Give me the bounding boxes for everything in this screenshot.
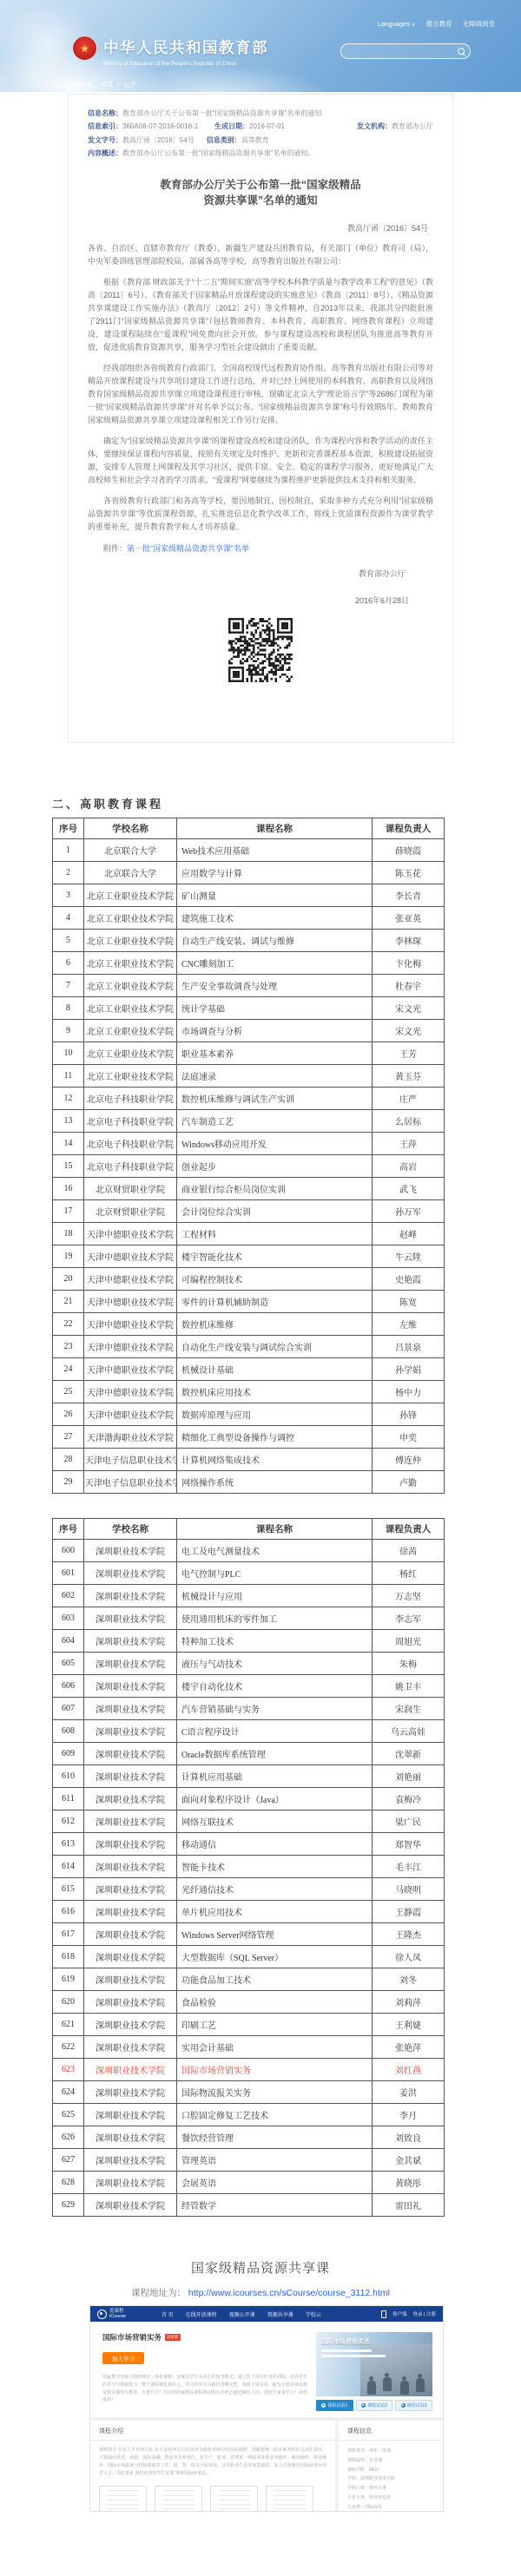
cell-person: 徐人凤 xyxy=(373,1946,445,1968)
course-info-item: 课程类型：理实一体课 xyxy=(347,2447,434,2456)
table-row: 12北京电子科技职业学院数控机床维修与调试生产实训庄严 xyxy=(53,1088,445,1110)
cell-school: 深圳职业技术学院 xyxy=(84,2104,177,2126)
cell-school: 天津渤海职业技术学院 xyxy=(84,1426,177,1449)
document-thumbnail[interactable]: 教学日历 xyxy=(155,2486,202,2512)
search-icon[interactable] xyxy=(458,48,465,55)
cell-school: 北京联合大学 xyxy=(84,839,177,862)
course-preview-button[interactable]: ▶课程试看2 xyxy=(356,2400,393,2411)
cell-course: 液压与气动技术 xyxy=(177,1653,373,1675)
client-link[interactable]: 客户端 xyxy=(392,2310,407,2317)
cell-no: 14 xyxy=(53,1133,84,1155)
cell-person: 孙万军 xyxy=(373,1200,445,1223)
cell-no: 2 xyxy=(53,862,84,884)
document-card: 信息名称： 教育部办公厅关于公布第一批“国家级精品资源共享课”名单的通知 信息索… xyxy=(68,94,453,743)
table-row: 5北京工业职业技术学院自动生产线安装、调试与维修李林琛 xyxy=(53,930,445,952)
cell-course: 食品检验 xyxy=(177,1991,373,2014)
cell-school: 深圳职业技术学院 xyxy=(84,1833,177,1856)
meta-agency-value: 教育部办公厅 xyxy=(392,122,433,132)
cell-course: 可编程控制技术 xyxy=(177,1268,373,1291)
cell-course: 口腔固定修复工艺技术 xyxy=(177,2104,373,2126)
cell-course: 市场调查与分析 xyxy=(177,1020,373,1042)
course-info-item: 课程学时：64.0 xyxy=(347,2466,434,2475)
cell-person: 沈翠新 xyxy=(373,1743,445,1765)
search-input[interactable] xyxy=(340,43,471,59)
cell-course: 面向对象程序设计（Java） xyxy=(177,1788,373,1810)
cell-no: 605 xyxy=(53,1653,84,1675)
cell-course: 印刷工艺 xyxy=(177,2014,373,2036)
login-register-link[interactable]: 登录 | 注册 xyxy=(413,2310,437,2317)
cell-school: 北京工业职业技术学院 xyxy=(84,1065,177,1088)
cell-person: 陈玉花 xyxy=(373,862,445,884)
cell-no: 623 xyxy=(53,2059,84,2081)
cell-person: 李志军 xyxy=(373,1607,445,1630)
breadcrumb-separator: ＞ xyxy=(115,81,122,89)
table-row: 24天津中德职业技术学院机械设计基础孙学娟 xyxy=(53,1358,445,1381)
cell-person: 马晓明 xyxy=(373,1878,445,1901)
cell-person: 王芳 xyxy=(373,1042,445,1065)
document-paragraph: 各省级教育行政部门和各高等学校，要因地制宜、因校制宜，采取多种方式充分利用“国家… xyxy=(88,495,433,534)
cell-course: 工程材料 xyxy=(177,1223,373,1245)
column-header: 序号 xyxy=(53,818,84,839)
banner-photo xyxy=(360,2344,432,2396)
course-preview-button[interactable]: ▶课程试看3 xyxy=(395,2400,432,2411)
table-row: 27天津渤海职业技术学院精细化工典型设备操作与调控申奕 xyxy=(53,1426,445,1449)
weibo-education-link[interactable]: 微言教育 xyxy=(426,19,452,29)
cell-no: 7 xyxy=(53,975,84,997)
cell-course: 会展英语 xyxy=(177,2172,373,2194)
table-row: 626深圳职业技术学院餐饮经营管理刘致良 xyxy=(53,2126,445,2149)
cell-course: Windows移动应用开发 xyxy=(177,1133,373,1155)
cell-course: Oracle数据库系统管理 xyxy=(177,1743,373,1765)
cell-school: 天津中德职业技术学院 xyxy=(84,1358,177,1381)
icourse-navbar: 爱课程iCourse 首 页在线开放课程视频公开课资源共享课学校云 客户端 登录… xyxy=(90,2306,443,2322)
breadcrumb-label: 当前位置： xyxy=(66,81,99,89)
cell-no: 628 xyxy=(53,2172,84,2194)
cell-no: 624 xyxy=(53,2081,84,2104)
cell-no: 600 xyxy=(53,1540,84,1562)
cell-school: 天津中德职业技术学院 xyxy=(84,1245,177,1268)
cell-no: 5 xyxy=(53,930,84,952)
cell-course: 会计岗位综合实训 xyxy=(177,1200,373,1223)
table-row: 28天津电子信息职业技术学院计算机网络集成技术傅连仲 xyxy=(53,1449,445,1471)
cell-no: 6 xyxy=(53,952,84,975)
cell-school: 深圳职业技术学院 xyxy=(84,2149,177,2172)
cell-course: 单片机应用技术 xyxy=(177,1901,373,1923)
attachment-label: 附件： xyxy=(103,544,127,553)
cell-no: 1 xyxy=(53,839,84,862)
cell-no: 15 xyxy=(53,1155,84,1178)
icourse-logo[interactable]: 爱课程iCourse xyxy=(97,2309,162,2319)
course-hero-left: 国际市场营销实务 国家级 加入学习 国家教学名师主持的理实一体化课程；实施以学生… xyxy=(102,2332,316,2410)
cell-school: 深圳职业技术学院 xyxy=(84,2036,177,2059)
table-row: 606深圳职业技术学院楼宇自动化技术姚卫丰 xyxy=(53,1675,445,1698)
cell-course: 移动通信 xyxy=(177,1833,373,1856)
table-row: 6北京工业职业技术学院CNC雕刻加工卞化梅 xyxy=(53,952,445,975)
play-icon: ▶ xyxy=(401,2403,406,2408)
cell-person: 郑智华 xyxy=(373,1833,445,1856)
cell-person: 王利婕 xyxy=(373,2014,445,2036)
document-paragraph: 确定为“国家级精品资源共享课”的课程建设高校和建设团队，作为课程内容和教学活动的… xyxy=(88,435,433,487)
table-row: 615深圳职业技术学院光纤通信技术马晓明 xyxy=(53,1878,445,1901)
table-row: 4北京工业职业技术学院建筑施工技术张亚英 xyxy=(53,907,445,930)
banner-title: 国际市场营销实务 xyxy=(321,2337,370,2346)
cell-person: 武飞 xyxy=(373,1178,445,1200)
table-row: 600深圳职业技术学院电工及电气测量技术徐茜 xyxy=(53,1540,445,1562)
cell-person: 左维 xyxy=(373,1313,445,1336)
cell-person: 黄玉芬 xyxy=(373,1065,445,1088)
cell-person: 徐茜 xyxy=(373,1540,445,1562)
cell-school: 北京电子科技职业学院 xyxy=(84,1088,177,1110)
cell-person: 史艳霞 xyxy=(373,1268,445,1291)
meta-category-value: 高等教育 xyxy=(241,135,269,146)
banner-subtitle-bar xyxy=(321,2349,372,2352)
icourse-nav-item[interactable]: 学校云 xyxy=(306,2310,321,2318)
document-preview-image xyxy=(210,2486,258,2512)
cell-course: 计算机网络集成技术 xyxy=(177,1449,373,1471)
document-thumbnail[interactable]: 学习指南 xyxy=(266,2486,313,2512)
cell-no: 621 xyxy=(53,2014,84,2036)
table-row: 612深圳职业技术学院网络互联技术梁广民 xyxy=(53,1810,445,1833)
course-hero-right: 国际市场营销实务 ▶课程试看1▶课程试看2▶课程试看3 xyxy=(316,2332,432,2410)
cell-no: 608 xyxy=(53,1720,84,1743)
cell-course: 机械设计基础 xyxy=(177,1358,373,1381)
icourse-logo-icon xyxy=(97,2310,107,2319)
cell-school: 深圳职业技术学院 xyxy=(84,1810,177,1833)
cell-person: 张亚英 xyxy=(373,907,445,930)
meta-agency-label: 发文机构： xyxy=(357,122,392,132)
cell-school: 北京工业职业技术学院 xyxy=(84,1042,177,1065)
table-row: 8北京工业职业技术学院统计学基础宋文光 xyxy=(53,997,445,1020)
cell-no: 611 xyxy=(53,1788,84,1810)
document-preview-image xyxy=(99,2486,147,2512)
page: Languages∨ 微言教育 无障碍阅览 ★ 中华人民共和国教育部 Minis… xyxy=(0,0,521,2576)
course-intro-text: 国家教学名师主持的理实一体化课程；实施以学生为中心的教学模式，通过若干项目任务的… xyxy=(102,2374,307,2404)
document-thumbnail[interactable]: 考核方式与标准 xyxy=(210,2486,258,2512)
cell-no: 23 xyxy=(53,1336,84,1358)
table-row: 15北京电子科技职业学院创业起步高岩 xyxy=(53,1155,445,1178)
cell-no: 612 xyxy=(53,1810,84,1833)
banner-subtitle-bar xyxy=(321,2355,386,2357)
cell-school: 天津电子信息职业技术学院 xyxy=(84,1471,177,1494)
cell-course: C语言程序设计 xyxy=(177,1720,373,1743)
course-info-item: 学科门类：财经大类 xyxy=(347,2484,434,2494)
table-row: 29天津电子信息职业技术学院网络操作系统卢勤 xyxy=(53,1471,445,1494)
table-row: 1北京联合大学Web技术应用基础薛晓霞 xyxy=(53,839,445,862)
cell-course: 功能食品加工技术 xyxy=(177,1968,373,1991)
meta-name-value: 教育部办公厅关于公布第一批“国家级精品资源共享课”名单的通知 xyxy=(122,108,321,119)
course-url-link[interactable]: http://www.icourses.cn/sCourse/course_31… xyxy=(188,2288,390,2298)
cell-school: 深圳职业技术学院 xyxy=(84,1540,177,1562)
cell-school: 深圳职业技术学院 xyxy=(84,1788,177,1810)
ministry-logo-block: ★ 中华人民共和国教育部 Ministry of Education of th… xyxy=(73,36,268,67)
cell-person: 李林琛 xyxy=(373,930,445,952)
course-preview-button[interactable]: ▶课程试看1 xyxy=(316,2400,353,2411)
cell-person: 孙锋 xyxy=(373,1403,445,1426)
cell-course: 智能卡技术 xyxy=(177,1856,373,1878)
cell-person: 杨中力 xyxy=(373,1381,445,1403)
document-preview-image xyxy=(155,2486,202,2512)
cell-school: 深圳职业技术学院 xyxy=(84,2059,177,2081)
cell-school: 深圳职业技术学院 xyxy=(84,1630,177,1653)
cell-course: 自动生产线安装、调试与维修 xyxy=(177,930,373,952)
accessibility-link[interactable]: 无障碍阅览 xyxy=(463,19,496,29)
table-row: 610深圳职业技术学院计算机应用基础刘艳丽 xyxy=(53,1765,445,1788)
cell-school: 天津中德职业技术学院 xyxy=(84,1268,177,1291)
cell-no: 625 xyxy=(53,2104,84,2126)
cell-person: 王隆杰 xyxy=(373,1923,445,1946)
cell-course: 网络操作系统 xyxy=(177,1471,373,1494)
icourse-nav-item[interactable]: 视频公开课 xyxy=(229,2310,255,2318)
cell-school: 深圳职业技术学院 xyxy=(84,2126,177,2149)
cell-school: 北京工业职业技术学院 xyxy=(84,952,177,975)
column-header: 学校名称 xyxy=(84,1519,177,1540)
cell-course: Web技术应用基础 xyxy=(177,839,373,862)
table-row: 621深圳职业技术学院印刷工艺王利婕 xyxy=(53,2014,445,2036)
cell-no: 602 xyxy=(53,1585,84,1607)
cell-course: 使用通用机床的零件加工 xyxy=(177,1607,373,1630)
cell-person: 梁广民 xyxy=(373,1810,445,1833)
info-panel-title: 课程信息 xyxy=(339,2421,443,2441)
table-row: 20天津中德职业技术学院可编程控制技术史艳霞 xyxy=(53,1268,445,1291)
cell-no: 16 xyxy=(53,1178,84,1200)
cell-person: 宋文光 xyxy=(373,1020,445,1042)
column-header: 课程名称 xyxy=(177,1519,373,1540)
cell-person: 申奕 xyxy=(373,1426,445,1449)
cell-person: 王萍 xyxy=(373,1133,445,1155)
ministry-names: 中华人民共和国教育部 Ministry of Education of the … xyxy=(103,36,268,67)
cell-course: 矿山测量 xyxy=(177,884,373,907)
cell-school: 天津中德职业技术学院 xyxy=(84,1381,177,1403)
cell-person: 杨红 xyxy=(373,1562,445,1585)
table-row: 617深圳职业技术学院Windows Server网络管理王隆杰 xyxy=(53,1923,445,1946)
icourse-nav-right: 客户端 登录 | 注册 xyxy=(381,2310,436,2318)
doc-number: 教高厅函〔2016〕54号 xyxy=(88,222,433,233)
meta-docno-label: 发文字号： xyxy=(88,135,122,146)
meta-summary-label: 内容概述： xyxy=(88,148,122,159)
cell-no: 615 xyxy=(53,1878,84,1901)
column-header: 课程负责人 xyxy=(373,818,445,839)
cell-no: 11 xyxy=(53,1065,84,1088)
table-row: 21天津中德职业技术学院零件的计算机辅助制造陈宽 xyxy=(53,1291,445,1313)
cell-person: 张艳萍 xyxy=(373,2036,445,2059)
cell-no: 22 xyxy=(53,1313,84,1336)
cell-course: 数控机床维修与调试生产实训 xyxy=(177,1088,373,1110)
cell-school: 深圳职业技术学院 xyxy=(84,1675,177,1698)
cell-person: 刘红燕 xyxy=(373,2059,445,2081)
course-intro-panel: 课程介绍 课程简介 专业人才培养目标 本专业培养具有在经济全球化环境中的国际视野… xyxy=(90,2421,335,2512)
cell-school: 北京工业职业技术学院 xyxy=(84,884,177,907)
cell-person: 陈宽 xyxy=(373,1291,445,1313)
cell-course: 商业银行综合柜员岗位实训 xyxy=(177,1178,373,1200)
cell-school: 天津中德职业技术学院 xyxy=(84,1291,177,1313)
cell-person: 傅连仲 xyxy=(373,1449,445,1471)
cell-course: 实用会计基础 xyxy=(177,2036,373,2059)
section-heading: 二、高职教育课程 xyxy=(52,795,435,812)
cell-no: 620 xyxy=(53,1991,84,2014)
attachment-link[interactable]: 第一批“国家级精品资源共享课”名单 xyxy=(127,544,249,553)
cell-no: 9 xyxy=(53,1020,84,1042)
document-paragraph: 根据《教育部 财政部关于“十二五”期间实施“高等学校本科教学质量与教学改革工程”… xyxy=(88,276,433,354)
cell-course: 自动化生产线安装与调试综合实训 xyxy=(177,1336,373,1358)
cell-person: 乌云高娃 xyxy=(373,1720,445,1743)
cell-person: 姜洪 xyxy=(373,2081,445,2104)
breadcrumb: 当前位置： 首页 ＞ 公开 xyxy=(66,80,136,89)
table-header-row: 序号学校名称课程名称课程负责人 xyxy=(53,818,445,839)
cell-school: 深圳职业技术学院 xyxy=(84,1562,177,1585)
cell-school: 北京工业职业技术学院 xyxy=(84,930,177,952)
table-row: 609深圳职业技术学院Oracle数据库系统管理沈翠新 xyxy=(53,1743,445,1765)
breadcrumb-current[interactable]: 公开 xyxy=(123,81,136,89)
cell-person: 孙学娟 xyxy=(373,1358,445,1381)
cell-person: 杜春宇 xyxy=(373,975,445,997)
site-banner: Languages∨ 微言教育 无障碍阅览 ★ 中华人民共和国教育部 Minis… xyxy=(0,0,521,92)
languages-menu[interactable]: Languages∨ xyxy=(378,20,416,28)
join-study-button[interactable]: 加入学习 xyxy=(102,2352,144,2364)
cell-person: 高岩 xyxy=(373,1155,445,1178)
cell-no: 610 xyxy=(53,1765,84,1788)
cell-person: 袁梅冷 xyxy=(373,1788,445,1810)
table-row: 623深圳职业技术学院国际市场营销实务刘红燕 xyxy=(53,2059,445,2081)
cell-no: 613 xyxy=(53,1833,84,1856)
table-header-row: 序号学校名称课程名称课程负责人 xyxy=(53,1519,445,1540)
cell-school: 天津中德职业技术学院 xyxy=(84,1336,177,1358)
cell-person: 刘艳丽 xyxy=(373,1765,445,1788)
table-row: 9北京工业职业技术学院市场调查与分析宋文光 xyxy=(53,1020,445,1042)
cell-school: 深圳职业技术学院 xyxy=(84,1765,177,1788)
cell-no: 19 xyxy=(53,1245,84,1268)
cell-school: 深圳职业技术学院 xyxy=(84,2081,177,2104)
cell-course: 汽车制造工艺 xyxy=(177,1110,373,1133)
qr-code-image xyxy=(228,618,293,682)
document-body: 各省、自治区、直辖市教育厅（教委），新疆生产建设兵团教育局，有关部门（单位）教育… xyxy=(88,242,433,534)
table-row: 608深圳职业技术学院C语言程序设计乌云高娃 xyxy=(53,1720,445,1743)
cell-no: 614 xyxy=(53,1856,84,1878)
cell-no: 10 xyxy=(53,1042,84,1065)
cell-course: 国际市场营销实务 xyxy=(177,2059,373,2081)
meta-summary-value: 教育部办公厅公布第一批“国家级精品资源共享课”名单的通知。 xyxy=(122,148,314,159)
table-row: 11北京工业职业技术学院法庭速录黄玉芬 xyxy=(53,1065,445,1088)
icourse-nav-item[interactable]: 首 页 xyxy=(162,2310,174,2318)
icourse-nav-item[interactable]: 资源共享课 xyxy=(267,2310,293,2318)
course-lower-panels: 课程介绍 课程简介 专业人才培养目标 本专业培养具有在经济全球化环境中的国际视野… xyxy=(90,2421,443,2512)
cell-school: 深圳职业技术学院 xyxy=(84,1946,177,1968)
document-thumbnail[interactable]: 教学大纲 xyxy=(99,2486,147,2512)
table-row: 625深圳职业技术学院口腔固定修复工艺技术李月 xyxy=(53,2104,445,2126)
cell-no: 25 xyxy=(53,1381,84,1403)
cell-course: 职业基本素养 xyxy=(177,1042,373,1065)
cell-person: 李月 xyxy=(373,2104,445,2126)
cell-course: 零件的计算机辅助制造 xyxy=(177,1291,373,1313)
course-info-item: 课程属性：专业课 xyxy=(347,2456,434,2466)
table-row: 601深圳职业技术学院电气控制与PLC杨红 xyxy=(53,1562,445,1585)
course-table: 序号学校名称课程名称课程负责人1北京联合大学Web技术应用基础薛晓霞2北京联合大… xyxy=(52,818,445,1494)
cell-no: 20 xyxy=(53,1268,84,1291)
cell-no: 603 xyxy=(53,1607,84,1630)
cell-course: 电气控制与PLC xyxy=(177,1562,373,1585)
cell-school: 深圳职业技术学院 xyxy=(84,2194,177,2217)
cell-school: 深圳职业技术学院 xyxy=(84,1653,177,1675)
course-title: 国际市场营销实务 xyxy=(102,2332,162,2343)
cell-school: 北京电子科技职业学院 xyxy=(84,1110,177,1133)
cell-school: 深圳职业技术学院 xyxy=(84,1720,177,1743)
table-row: 616深圳职业技术学院单片机应用技术王静霞 xyxy=(53,1901,445,1923)
table-row: 2北京联合大学应用数学与计算陈玉花 xyxy=(53,862,445,884)
national-level-badge: 国家级 xyxy=(165,2334,181,2341)
cell-no: 21 xyxy=(53,1291,84,1313)
cell-school: 北京联合大学 xyxy=(84,862,177,884)
cell-school: 深圳职业技术学院 xyxy=(84,1968,177,1991)
doc-meta-block: 信息名称： 教育部办公厅关于公布第一批“国家级精品资源共享课”名单的通知 信息索… xyxy=(88,108,433,160)
chevron-down-icon: ∨ xyxy=(412,23,415,28)
cell-no: 626 xyxy=(53,2126,84,2149)
cell-course: 经管数学 xyxy=(177,2194,373,2217)
cell-school: 深圳职业技术学院 xyxy=(84,1585,177,1607)
icourse-logo-text: 爱课程iCourse xyxy=(109,2309,126,2319)
intro-panel-title: 课程介绍 xyxy=(90,2421,335,2441)
page-title: 教育部办公厅关于公布第一批“国家级精品 资源共享课”名单的通知 xyxy=(88,177,433,208)
table-row: 26天津中德职业技术学院数据库原理与应用孙锋 xyxy=(53,1403,445,1426)
table-row: 607深圳职业技术学院汽车营销基础与实务宋润生 xyxy=(53,1698,445,1720)
cell-no: 618 xyxy=(53,1946,84,1968)
table-row: 624深圳职业技术学院国际物流报关实务姜洪 xyxy=(53,2081,445,2104)
cell-school: 深圳职业技术学院 xyxy=(84,1743,177,1765)
qr-code xyxy=(88,618,433,682)
table-row: 17北京财贸职业学院会计岗位综合实训孙万军 xyxy=(53,1200,445,1223)
cell-no: 617 xyxy=(53,1923,84,1946)
cell-person: 卞化梅 xyxy=(373,952,445,975)
cell-no: 607 xyxy=(53,1698,84,1720)
cell-person: 万志坚 xyxy=(373,1585,445,1607)
cell-school: 北京工业职业技术学院 xyxy=(84,975,177,997)
column-header: 课程负责人 xyxy=(373,1519,445,1540)
sign-date: 2016年6月28日 xyxy=(88,595,433,606)
icourse-nav-item[interactable]: 在线开放课程 xyxy=(186,2310,217,2318)
cell-course: 精细化工典型设备操作与调控 xyxy=(177,1426,373,1449)
cell-person: 刘致良 xyxy=(373,2126,445,2149)
national-emblem-icon: ★ xyxy=(73,36,96,60)
table-row: 611深圳职业技术学院面向对象程序设计（Java）袁梅冷 xyxy=(53,1788,445,1810)
attachment-line: 附件：第一批“国家级精品资源共享课”名单 xyxy=(88,542,433,555)
breadcrumb-home-link[interactable]: 首页 xyxy=(101,81,114,89)
play-icon: ▶ xyxy=(321,2403,326,2408)
cell-no: 18 xyxy=(53,1223,84,1245)
cell-no: 616 xyxy=(53,1901,84,1923)
table-row: 627深圳职业技术学院管理英语金其斌 xyxy=(53,2149,445,2172)
cell-no: 3 xyxy=(53,884,84,907)
cell-school: 深圳职业技术学院 xyxy=(84,1607,177,1630)
column-header: 学校名称 xyxy=(84,818,177,839)
cell-course: 楼宇智能化技术 xyxy=(177,1245,373,1268)
cell-course: 机械设计与应用 xyxy=(177,1585,373,1607)
course-table: 序号学校名称课程名称课程负责人600深圳职业技术学院电工及电气测量技术徐茜601… xyxy=(52,1518,445,2217)
cell-person: 卢勤 xyxy=(373,1471,445,1494)
document-preview-image xyxy=(266,2486,313,2512)
course-info-item: 专业大类：经济贸易类 xyxy=(347,2494,434,2503)
table-row: 19天津中德职业技术学院楼宇智能化技术牛云陞 xyxy=(53,1245,445,1268)
cell-school: 北京电子科技职业学院 xyxy=(84,1155,177,1178)
cell-course: 国际物流报关实务 xyxy=(177,2081,373,2104)
cell-person: 周旭光 xyxy=(373,1630,445,1653)
cell-person: 庄严 xyxy=(373,1088,445,1110)
cell-no: 601 xyxy=(53,1562,84,1585)
cell-course: 创业起步 xyxy=(177,1155,373,1178)
cell-person: 刘莉萍 xyxy=(373,1991,445,2014)
cell-course: Windows Server网络管理 xyxy=(177,1923,373,1946)
cell-no: 609 xyxy=(53,1743,84,1765)
table-row: 604深圳职业技术学院特种加工技术周旭光 xyxy=(53,1630,445,1653)
cell-no: 619 xyxy=(53,1968,84,1991)
course-info-panel: 课程信息 课程类型：理实一体课课程属性：专业课课程学时：64.0学校：深圳职业技… xyxy=(339,2421,443,2512)
